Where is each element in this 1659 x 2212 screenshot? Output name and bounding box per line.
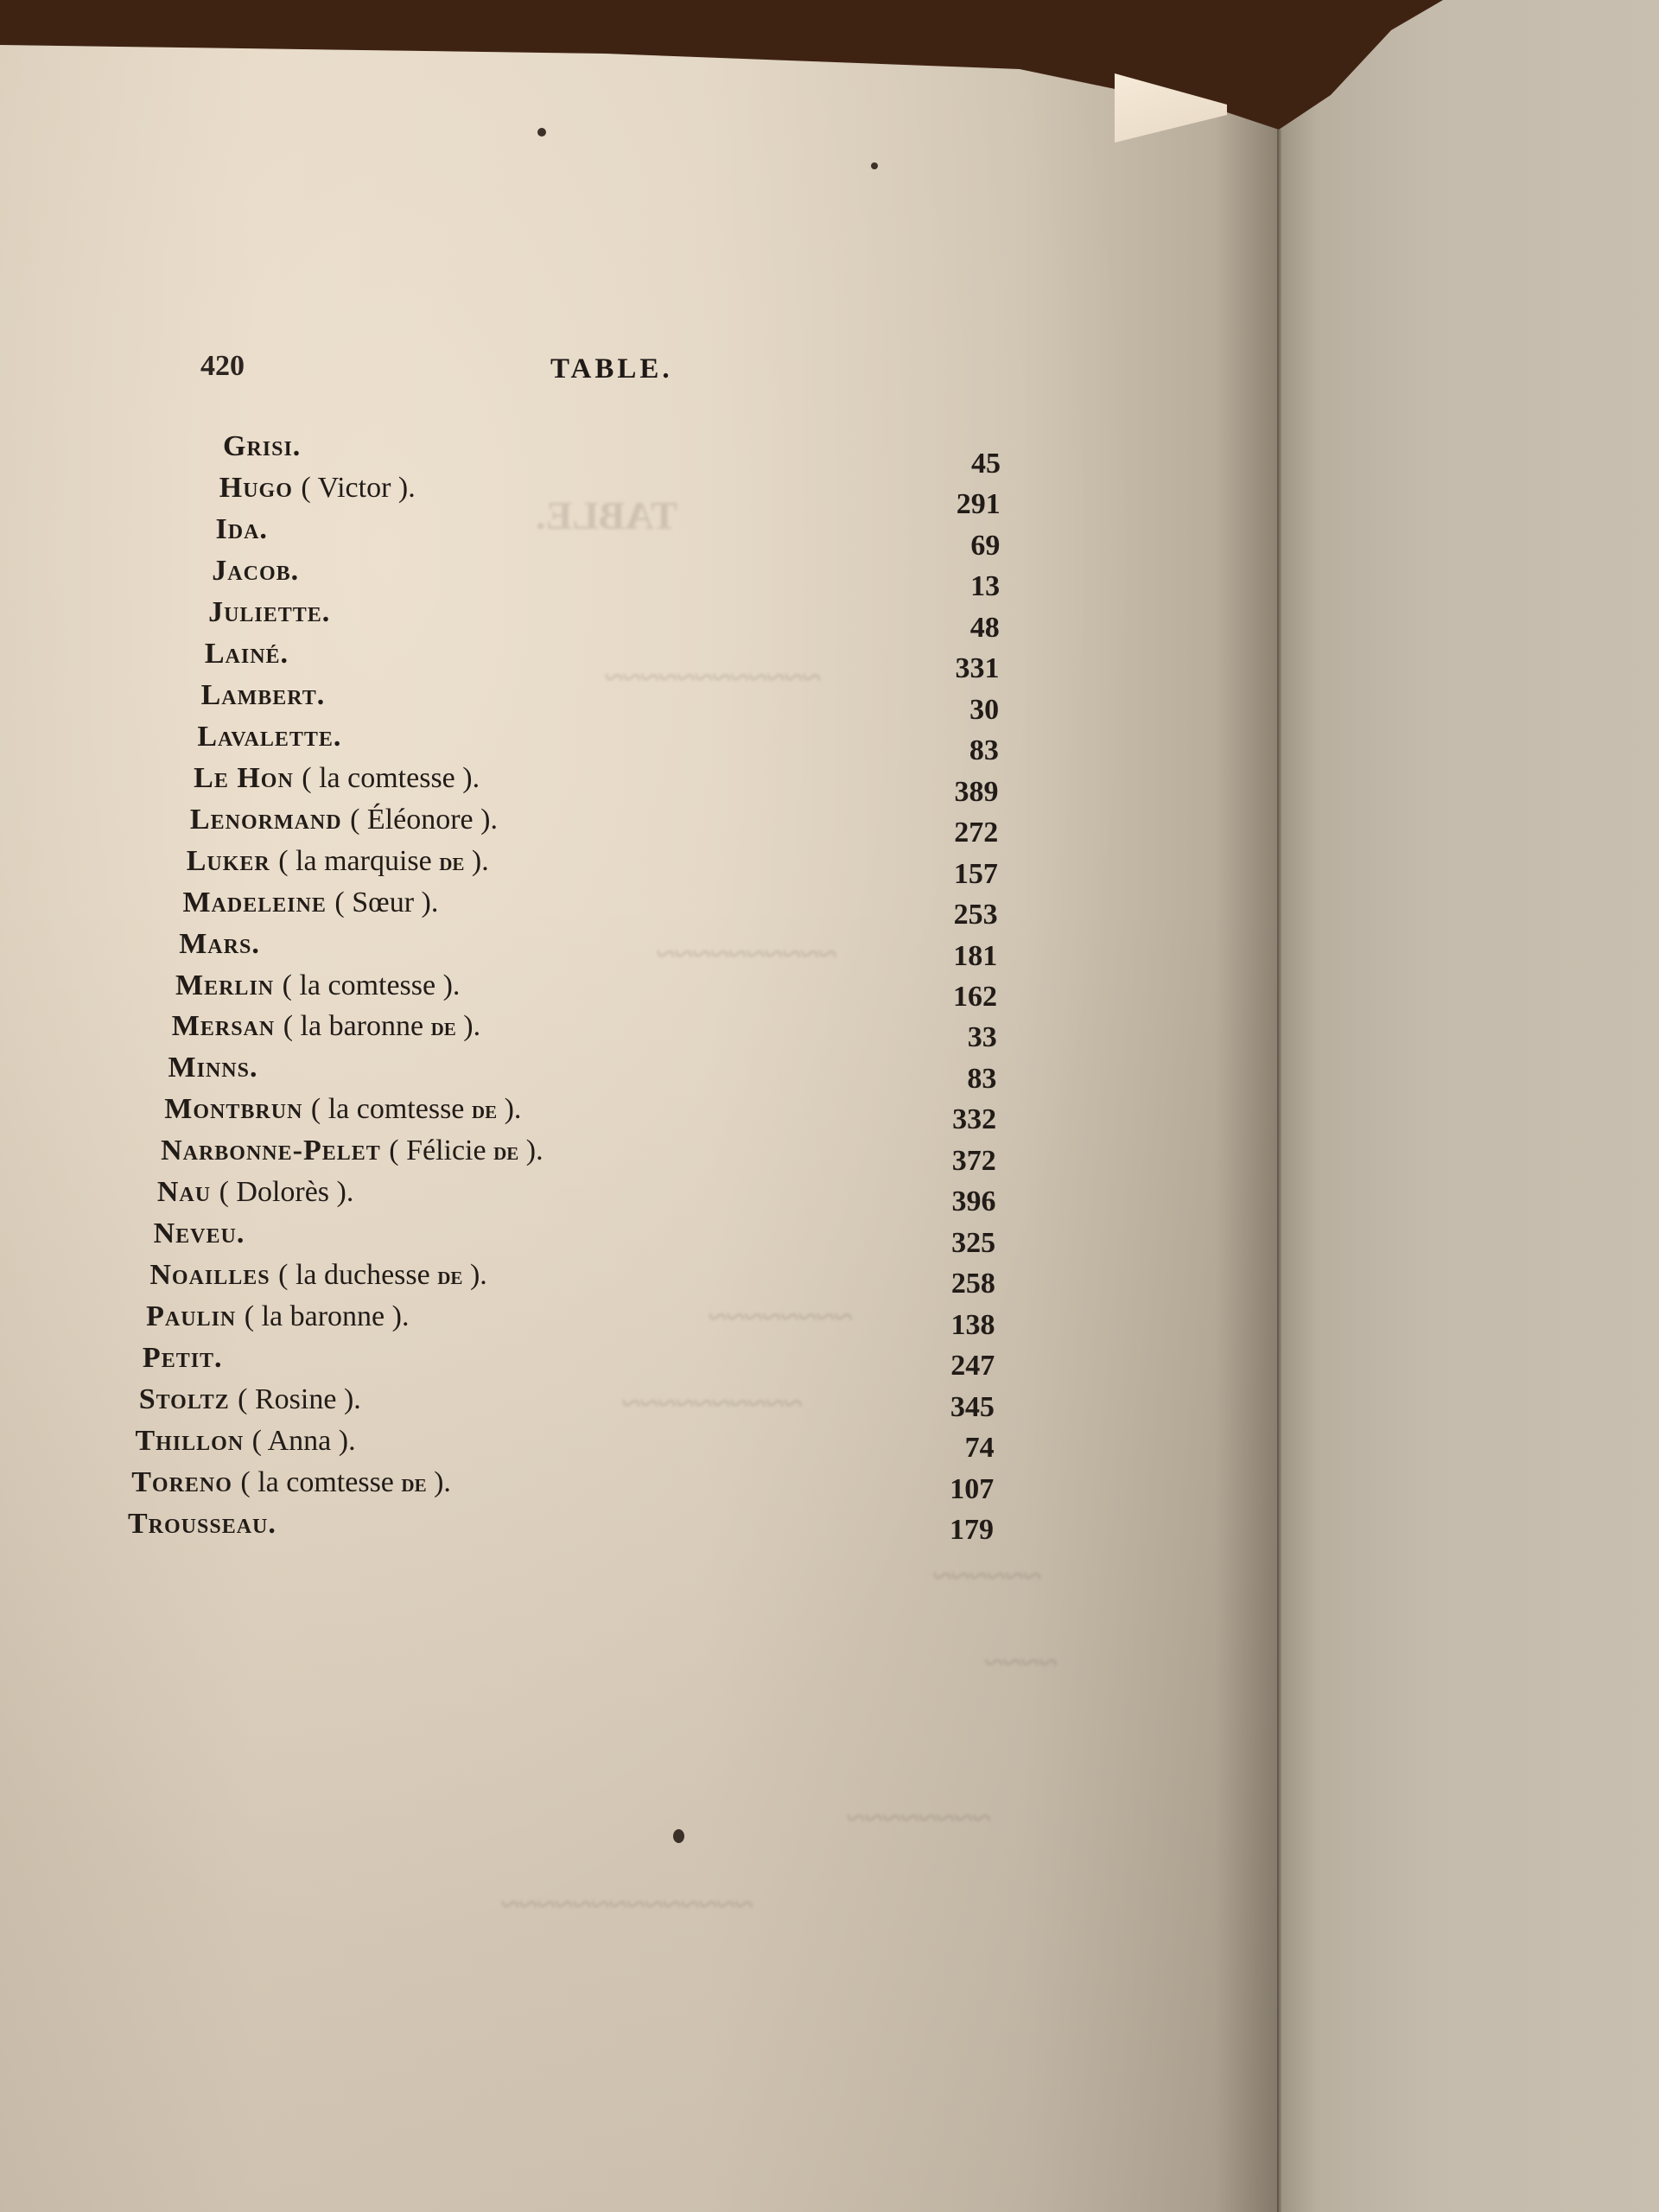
entry-page-number: 107 — [907, 1473, 994, 1506]
index-entry: Montbrun ( la comtesse de ). — [164, 1093, 521, 1133]
entry-page-number: 179 — [907, 1514, 994, 1547]
entry-page-number: 396 — [909, 1185, 995, 1218]
entry-page-number: 247 — [908, 1350, 995, 1382]
entry-qualifier: ( Dolorès ). — [219, 1176, 354, 1208]
entry-page-number: 162 — [911, 981, 997, 1014]
entry-page-number: 33 — [911, 1021, 997, 1054]
entry-page-number: 45 — [914, 448, 1001, 480]
page-title: TABLE. — [550, 353, 673, 385]
entry-name: Lavalette. — [197, 721, 341, 753]
entry-page-number: 48 — [913, 612, 1000, 645]
show-through-text: ~~~~~~ — [933, 1555, 1041, 1596]
entry-page-number: 325 — [909, 1227, 995, 1260]
index-entry: Neveu. — [154, 1217, 245, 1257]
entry-page-number: 272 — [912, 817, 998, 849]
entry-qualifier: ( la comtesse ). — [302, 762, 480, 794]
entry-name: Lainé. — [205, 638, 289, 670]
entry-name: Noailles — [149, 1259, 278, 1291]
entry-name: Montbrun — [164, 1093, 311, 1125]
entry-page-number: 389 — [912, 776, 999, 809]
entry-qualifier: ( la comtesse de ). — [311, 1093, 522, 1125]
entry-page-number: 13 — [913, 570, 1000, 603]
entry-qualifier: ( Victor ). — [301, 472, 415, 504]
entry-name: Lenormand — [190, 804, 350, 836]
running-head: 420 TABLE. — [200, 350, 693, 393]
entry-qualifier: ( la baronne ). — [245, 1300, 410, 1332]
index-entry: Lavalette. — [197, 721, 341, 760]
entry-page-number: 69 — [913, 530, 1000, 563]
entry-name: Juliette. — [208, 596, 330, 628]
entry-name: Narbonne-Pelet — [161, 1135, 389, 1166]
entry-page-number: 345 — [908, 1391, 995, 1424]
entry-page-number: 331 — [912, 652, 999, 685]
entry-qualifier: ( Sœur ). — [334, 887, 438, 918]
index-entry: Merlin ( la comtesse ). — [175, 969, 460, 1009]
entry-name: Merlin — [175, 969, 283, 1001]
entry-name: Paulin — [146, 1300, 245, 1332]
index-page: TABLE. ~~~~~~~~~~~~ ~~~~~~~~~~ ~~~~~~~~ … — [0, 0, 1279, 2212]
show-through-text: TABLE. — [536, 493, 677, 538]
entry-name: Minns. — [168, 1052, 258, 1084]
index-entry: Lainé. — [205, 638, 289, 677]
entry-page-number: 157 — [912, 858, 998, 891]
index-entry: Narbonne-Pelet ( Félicie de ). — [161, 1135, 543, 1174]
index-entry: Mars. — [179, 928, 260, 968]
page-number: 420 — [200, 350, 245, 383]
entry-name: Jacob. — [212, 555, 299, 587]
entry-name: Toreno — [131, 1466, 240, 1498]
index-entry: Juliette. — [208, 596, 330, 636]
index-entry: Thillon ( Anna ). — [135, 1425, 355, 1465]
entry-name: Luker — [187, 845, 279, 877]
entry-name: Madeleine — [182, 887, 334, 918]
entry-page-number: 74 — [908, 1432, 995, 1465]
index-entry: Petit. — [143, 1342, 223, 1382]
index-entry: Grisi. — [223, 430, 301, 470]
ink-spot — [673, 1829, 684, 1843]
entry-page-number: 332 — [910, 1103, 996, 1136]
entry-name: Nau — [157, 1176, 219, 1208]
entry-name: Petit. — [143, 1342, 223, 1374]
entry-name: Grisi. — [223, 430, 301, 462]
entry-name: Mars. — [179, 928, 260, 960]
index-entry: Lambert. — [201, 679, 326, 719]
index-entry: Mersan ( la baronne de ). — [172, 1010, 480, 1050]
index-entry: Minns. — [168, 1052, 258, 1091]
index-entry: Lenormand ( Éléonore ). — [190, 804, 498, 843]
entry-name: Le Hon — [194, 762, 302, 794]
entry-page-number: 253 — [912, 899, 998, 931]
index-entry: Stoltz ( Rosine ). — [139, 1383, 361, 1423]
ink-spot — [871, 162, 878, 169]
index-entry: Hugo ( Victor ). — [219, 472, 416, 512]
entry-page-number: 30 — [912, 694, 999, 727]
index-entry: Ida. — [216, 513, 268, 553]
index-entry: Paulin ( la baronne ). — [146, 1300, 409, 1340]
show-through-text: ~~~~~~~~~~ — [657, 933, 836, 974]
entry-page-number: 83 — [912, 734, 999, 767]
show-through-text: ~~~~~~~~ — [847, 1797, 990, 1838]
index-entry: Luker ( la marquise de ). — [187, 845, 489, 885]
entry-name: Hugo — [219, 472, 302, 504]
entry-name: Stoltz — [139, 1383, 238, 1415]
index-entry: Toreno ( la comtesse de ). — [131, 1466, 451, 1506]
right-page — [1279, 0, 1659, 2212]
index-entry: Trousseau. — [128, 1508, 276, 1548]
entry-name: Trousseau. — [128, 1508, 276, 1540]
entry-page-number: 83 — [910, 1063, 996, 1096]
show-through-text: ~~~~ — [985, 1642, 1057, 1682]
entry-qualifier: ( Éléonore ). — [350, 804, 498, 836]
entry-qualifier: ( Rosine ). — [238, 1383, 361, 1415]
entry-page-number: 291 — [914, 488, 1001, 521]
entry-page-number: 181 — [911, 940, 997, 973]
show-through-text: ~~~~~~~~~~~~ — [605, 657, 821, 697]
entry-qualifier: ( Anna ). — [252, 1425, 356, 1457]
entry-qualifier: ( la baronne de ). — [283, 1010, 480, 1042]
entry-name: Ida. — [216, 513, 268, 545]
index-entry: Le Hon ( la comtesse ). — [194, 762, 480, 802]
index-entry: Jacob. — [212, 555, 299, 594]
ink-spot — [537, 128, 546, 137]
entry-name: Lambert. — [201, 679, 326, 711]
show-through-text: ~~~~~~~~~~ — [622, 1382, 802, 1423]
entry-page-number: 138 — [909, 1309, 995, 1342]
index-entry: Nau ( Dolorès ). — [157, 1176, 354, 1216]
entry-qualifier: ( la comtesse de ). — [240, 1466, 451, 1498]
entry-qualifier: ( Félicie de ). — [389, 1135, 543, 1166]
entry-page-number: 372 — [910, 1145, 996, 1178]
entry-qualifier: ( la comtesse ). — [283, 969, 461, 1001]
index-entry: Madeleine ( Sœur ). — [182, 887, 438, 926]
show-through-text: ~~~~~~~~ — [709, 1296, 852, 1337]
entry-name: Mersan — [172, 1010, 283, 1042]
index-entry: Noailles ( la duchesse de ). — [149, 1259, 486, 1299]
entry-page-number: 258 — [909, 1268, 995, 1300]
show-through-text: ~~~~~~~~~~~~~~ — [501, 1884, 753, 1924]
entry-name: Thillon — [135, 1425, 251, 1457]
entry-name: Neveu. — [154, 1217, 245, 1249]
entry-qualifier: ( la marquise de ). — [278, 845, 489, 877]
entry-qualifier: ( la duchesse de ). — [278, 1259, 487, 1291]
